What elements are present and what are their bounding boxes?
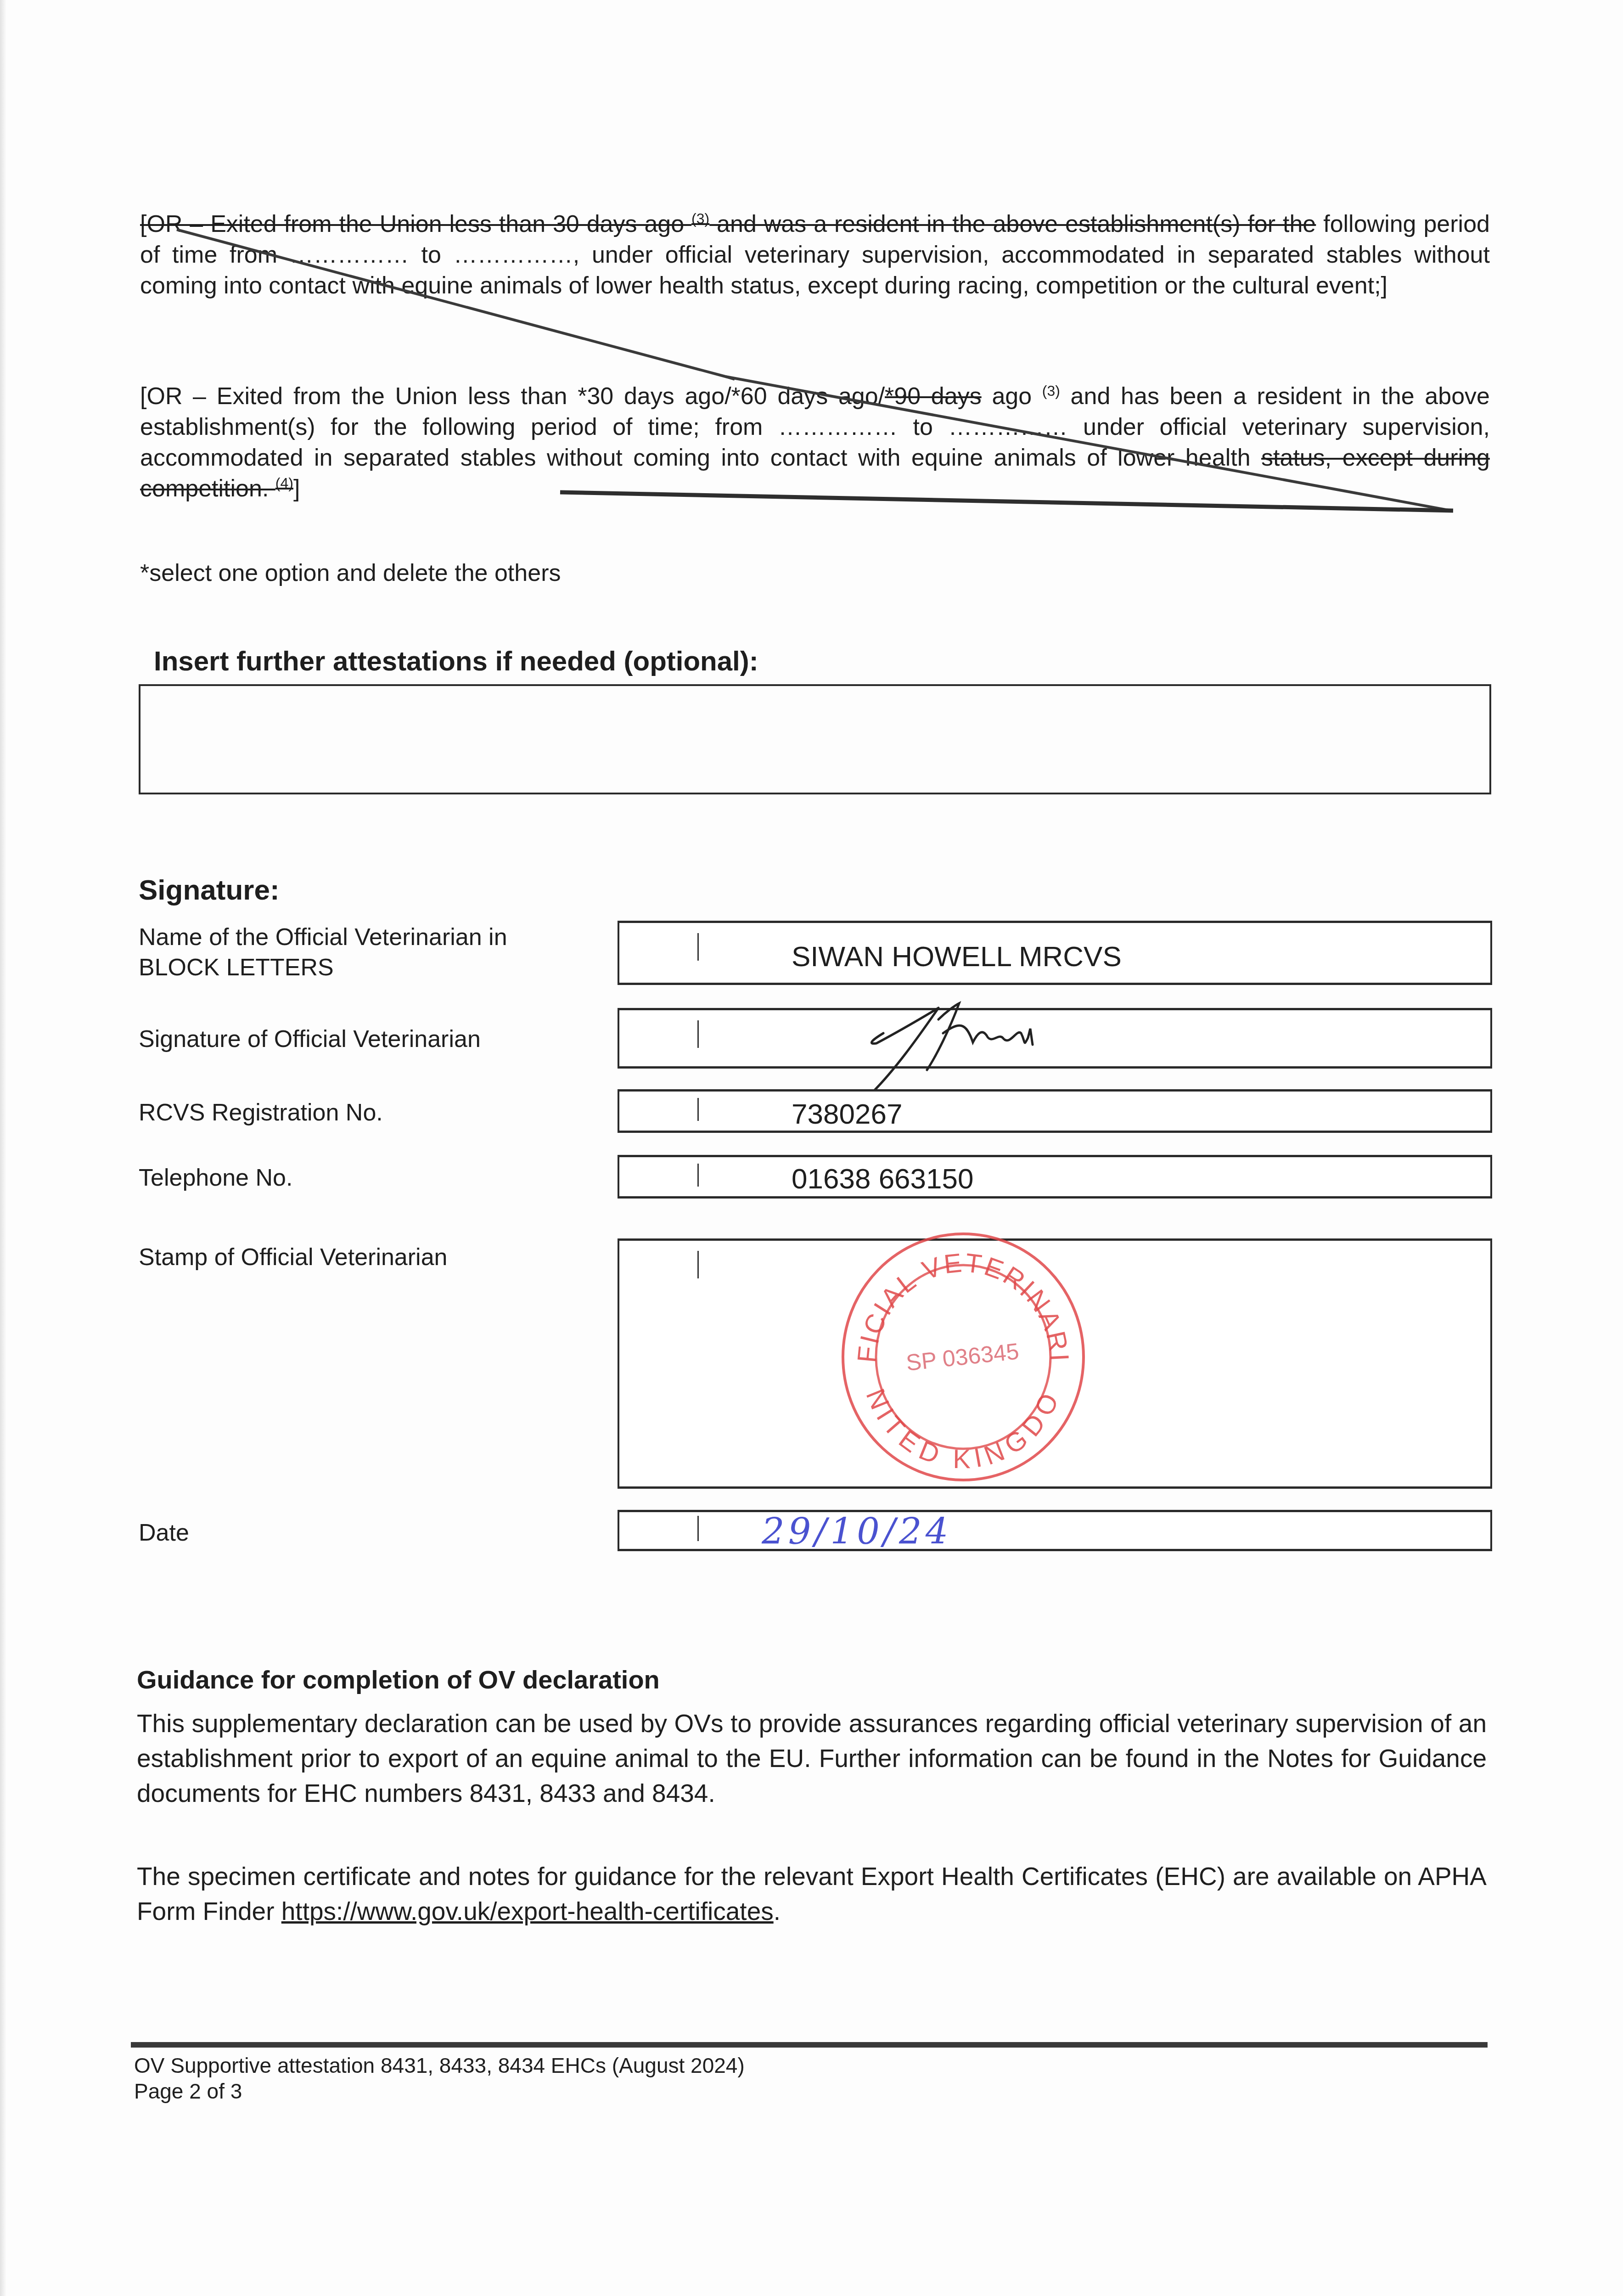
ov-signature-field[interactable]: [618, 1008, 1492, 1069]
field-marker: [697, 1164, 699, 1187]
svg-text:OFFICIAL VETERINARIAN: OFFICIAL VETERINARIAN: [839, 1231, 1074, 1364]
select-option-note: *select one option and delete the others: [140, 559, 561, 587]
signature-heading: Signature:: [139, 874, 280, 906]
guidance-paragraph-1: This supplementary declaration can be us…: [137, 1706, 1487, 1811]
date-field[interactable]: 29/10/24: [618, 1510, 1492, 1551]
footer-page-number: Page 2 of 3: [134, 2078, 242, 2104]
ov-name-field[interactable]: SIWAN HOWELL MRCVS: [618, 921, 1492, 985]
guidance-paragraph-2: The specimen certificate and notes for g…: [137, 1859, 1487, 1929]
ov-signature-label: Signature of Official Veterinarian: [139, 1024, 481, 1054]
rcvs-field[interactable]: 7380267: [618, 1089, 1492, 1133]
field-marker: [697, 1516, 699, 1541]
guidance-title: Guidance for completion of OV declaratio…: [137, 1665, 660, 1694]
further-attestations-title: Insert further attestations if needed (o…: [154, 645, 758, 677]
telephone-field[interactable]: 01638 663150: [618, 1155, 1492, 1199]
option-30-days-struck: [OR – Exited from the Union less than 30…: [140, 209, 1490, 301]
further-attestations-box[interactable]: [139, 684, 1491, 794]
option-selected: [OR – Exited from the Union less than *3…: [140, 381, 1490, 504]
stamp-number: SP 036345: [905, 1338, 1020, 1375]
stamp-label: Stamp of Official Veterinarian: [139, 1242, 448, 1272]
date-label: Date: [139, 1518, 189, 1548]
certificate-page: [OR – Exited from the Union less than 30…: [0, 0, 1623, 2296]
export-health-certificates-link[interactable]: https://www.gov.uk/export-health-certifi…: [281, 1897, 774, 1925]
telephone-label: Telephone No.: [139, 1163, 292, 1193]
ov-name-label: Name of the Official Veterinarian in BLO…: [139, 922, 575, 983]
field-marker: [697, 1098, 699, 1121]
handwritten-signature: [840, 1001, 1097, 1093]
field-marker: [697, 1251, 699, 1278]
ov-name-value: SIWAN HOWELL MRCVS: [792, 940, 1122, 973]
rcvs-value: 7380267: [792, 1098, 902, 1131]
telephone-value: 01638 663150: [792, 1163, 974, 1195]
footer-document-id: OV Supportive attestation 8431, 8433, 84…: [134, 2053, 745, 2078]
field-marker: [697, 1020, 699, 1048]
field-marker: [697, 933, 699, 961]
official-veterinarian-stamp: OFFICIAL VETERINARIAN UNITED KINGDOM SP …: [839, 1231, 1087, 1483]
rcvs-label: RCVS Registration No.: [139, 1097, 383, 1128]
scan-edge-shadow: [0, 0, 6, 2296]
date-value: 29/10/24: [762, 1511, 952, 1553]
footer-divider: [131, 2042, 1488, 2048]
deletion-strokes: [0, 0, 1623, 2296]
